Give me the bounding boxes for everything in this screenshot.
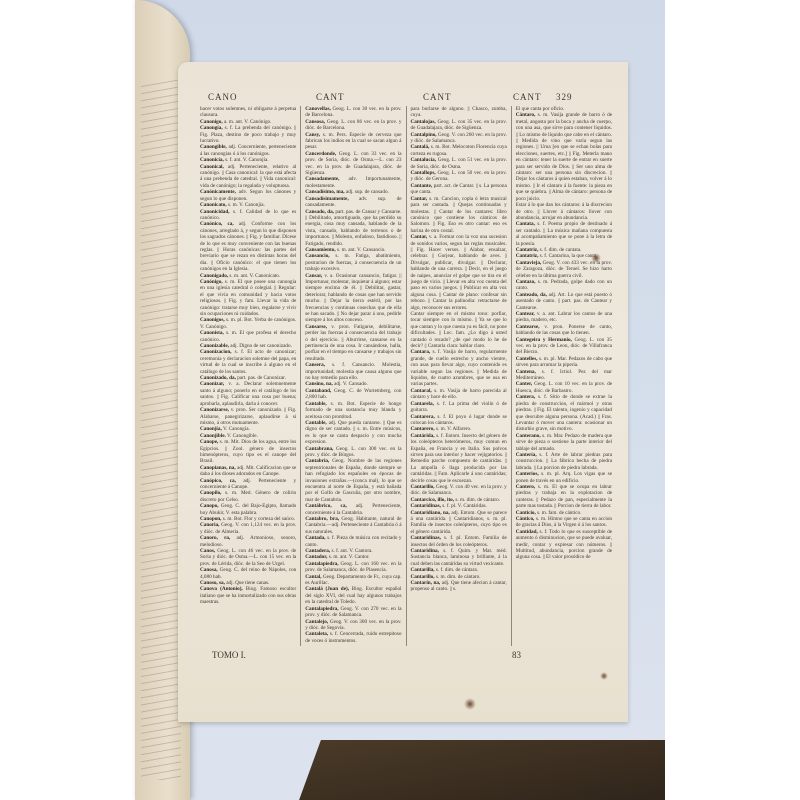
dictionary-entry: Cansar, v. a. Ocasionar cansancio, fatig…: [305, 273, 401, 324]
entry-headword: Cantarera,: [411, 414, 435, 420]
entry-headword: Canosa,: [200, 567, 218, 573]
entry-headword: Canticio,: [516, 510, 536, 516]
dictionary-entry: Canos, Geog. L. con 46 vec. en la prov. …: [200, 548, 296, 567]
dictionary-entry: Cantegeira y Hermanio, Geog. L. con 35 v…: [516, 337, 612, 356]
entry-headword: Cantatriz,: [516, 253, 539, 259]
entry-headword: Cansamiento,: [305, 247, 335, 253]
entry-headword: Canova (Antonio),: [200, 586, 243, 592]
entry-headword: Canonigos,: [200, 317, 225, 323]
entry-headword: Cantaband,: [305, 388, 331, 394]
dictionary-entry: Canonicidad, s. f. Calidad de lo que es …: [200, 209, 296, 222]
entry-headword: Cansado, da,: [305, 209, 334, 215]
dictionary-entry: Cantara, s. f. Vasija de barro, regularm…: [411, 349, 507, 387]
dictionary-entry: Cansarse, v. pron. Fatigarse, debilitars…: [305, 324, 401, 362]
entry-headword: Cantearse,: [516, 324, 540, 330]
entry-definition: s. f. Cantarina, la que canta.: [540, 253, 598, 259]
entry-definition: V. Canongible.: [227, 433, 258, 439]
entry-headword: Cantalojas,: [411, 119, 436, 125]
entry-headword: Canopon,: [200, 516, 221, 522]
dictionary-entry: Cantería, s. f. Arte de labrar piedras p…: [516, 452, 612, 471]
dictionary-entry: Cansera, s. f. Cansancio. Molestia, impo…: [305, 362, 401, 381]
entry-headword: Canonizarse,: [200, 407, 229, 413]
dictionary-entry: Canterios, s. m. pl. Arq. Los vigas que …: [516, 471, 612, 484]
column-2: Canovellas, Geog. L. con 30 vec. en la p…: [301, 106, 406, 646]
entry-definition: El que canta por oficio.: [516, 106, 565, 112]
entry-headword: Cantada,: [305, 535, 325, 541]
entry-headword: Canoria,: [200, 522, 219, 528]
entry-definition: s. m. fam. de cántico.: [537, 510, 581, 516]
dictionary-entry: Cantalá, s. m. Bot. Melocoton Florencia …: [411, 144, 507, 157]
entry-definition: para burlarse de alguno. || Chasco, zumb…: [411, 106, 507, 118]
entry-definition: Geog. Nombre de las regiones septentrion…: [305, 458, 401, 502]
entry-headword: Cántaro,: [516, 112, 536, 118]
entry-headword: Cantable,: [305, 420, 326, 426]
dictionary-entry: Canteado, da, adj. Art. Lo que está pues…: [516, 292, 612, 311]
dictionary-entry: Cantena, s. f. Ictiol. Pez del mar Medit…: [516, 369, 612, 382]
dictionary-entry: Cantaridinas, s. f. pl. Entom. Familia d…: [411, 535, 507, 548]
entry-definition: Estar á lo que dan los cántaros: á la di…: [516, 202, 612, 221]
dictionary-entry: Cantarillo, Geog. V. con 40 vec. en la p…: [411, 484, 507, 497]
running-head: CANO CANT CANT CANT 329: [178, 92, 628, 106]
dictionary-columns: hacer votos solemnes, ni obligarse á per…: [196, 106, 616, 646]
dictionary-entry: Cantarela, s. f. La prima del violin ó d…: [411, 401, 507, 414]
entry-headword: Canter,: [516, 381, 532, 387]
dictionary-entry: Cantera, s. f. Sitio de donde se extrae …: [516, 394, 612, 432]
dictionary-entry: Cantar, s. m. Cancion, copla ó letra mus…: [411, 196, 507, 234]
entry-definition: s. m. V. Canonjía.: [228, 202, 265, 208]
dictionary-entry: Cantalpino, Geog. V. con 260 vec. en la …: [411, 132, 507, 145]
dictionary-entry: Cantada, s. f. Pieza de música con recit…: [305, 535, 401, 548]
entry-headword: Cansadísimo, ma,: [305, 189, 344, 195]
entry-headword: Cansar,: [305, 273, 322, 279]
entry-headword: Cancerdonde,: [305, 151, 336, 157]
dictionary-entry: Canonizacion, s. f. El acto de canonizar…: [200, 349, 296, 375]
entry-headword: Cantara,: [411, 349, 431, 355]
dictionary-entry: Canovellas, Geog. L. con 30 vec. en la p…: [305, 106, 401, 119]
entry-headword: Cantábrico, ca,: [305, 503, 347, 509]
entry-headword: Cantalapiedra,: [305, 561, 338, 567]
entry-definition: hacer votos solemnes, ni obligarse á per…: [200, 106, 296, 118]
entry-headword: Canopilo,: [200, 490, 221, 496]
dictionary-entry: Cantable, s. m. Bot. Especie de hongo fo…: [305, 401, 401, 420]
entry-headword: Cantear,: [516, 311, 535, 317]
dictionary-entry: Canoro, ra, adj. Armonioso, sonoro, melo…: [200, 535, 296, 548]
entry-definition: s. m. ant. V. Canonicato.: [229, 273, 280, 279]
entry-headword: Cantarillo,: [411, 484, 435, 490]
dictionary-entry: Cantallops, Geog. L. con 50 vec. en la p…: [411, 170, 507, 183]
dictionary-entry: Cantaridiano, na, adj. Entom. Que se par…: [411, 510, 507, 536]
dictionary-entry: Cantazo, s. m. Pedrada, golpe dado con u…: [516, 279, 612, 292]
dictionary-entry: hacer votos solemnes, ni obligarse á per…: [200, 106, 296, 119]
dictionary-entry: Cancerdonde, Geog. L. con 33 vec. en la …: [305, 151, 401, 177]
entry-headword: Cantabro, bra,: [305, 516, 339, 522]
dictionary-entry: Cantaridina, s. f. Quím. y Mat. méd. Sus…: [411, 548, 507, 567]
dictionary-entry: Cantar, v. a. Formar con la voz una suce…: [411, 234, 507, 311]
entry-headword: Cantena,: [516, 369, 536, 375]
dictionary-entry: Cántaro, s. m. Vasija grande de barro ó …: [516, 112, 612, 202]
dictionary-entry: Cansy, s. m. Pers. Especie de cerveza qu…: [305, 132, 401, 151]
entry-headword: Canope,: [200, 439, 218, 445]
dictionary-entry: Canónico, ca, adj. Conforme con los cáno…: [200, 221, 296, 272]
entry-headword: Cantalpino,: [411, 132, 437, 138]
entry-headword: Canonicato,: [200, 202, 227, 208]
entry-headword: Cantabria,: [305, 458, 329, 464]
dictionary-entry: Cantal, Geog. Departamento de Fr., cuya …: [305, 574, 401, 587]
running-head-1: CANO: [208, 92, 238, 102]
entry-definition: s. f. pl. V. Cantáridas.: [442, 503, 487, 509]
entry-headword: Cantalá,: [411, 144, 430, 150]
dictionary-entry: Cantable, adj. Que pueda cantarse. || Qu…: [305, 420, 401, 446]
dictionary-entry: Canosa, Geog. C. del reino de Nápoles, c…: [200, 567, 296, 580]
entry-headword: Canopo,: [200, 503, 219, 509]
book-cover-bottom: [299, 740, 665, 800]
entry-headword: Cansadísimamente,: [305, 196, 348, 202]
entry-headword: Canonjible.: [200, 433, 226, 439]
entry-definition: s. m. ant. V. Cansancio.: [337, 247, 386, 253]
dictionary-entry: Canónicamente, adv. Segun los cánones y …: [200, 189, 296, 202]
entry-definition: s. m. Pers. Especie de cerveza que fabri…: [305, 132, 401, 151]
entry-headword: Canovellas,: [305, 106, 331, 112]
dictionary-entry: Canopo, Geog. C. del Bajo-Egipto, llamad…: [200, 503, 296, 516]
entry-headword: Cantar,: [411, 196, 428, 202]
dictionary-entry: Canónigo, s. m. El que posee una canongí…: [200, 279, 296, 317]
dictionary-entry: Cantar siempre en el mismo tono: porfiar…: [411, 311, 507, 349]
dictionary-entry: Cantaral, s. m. Vasija de barro parecida…: [411, 388, 507, 401]
entry-definition: v. a. Ocasionar cansancio, fatigar. || I…: [305, 273, 401, 324]
foxing-stain: [600, 672, 608, 680]
dictionary-entry: Cantalá (Juan de), Biog. Escultor españo…: [305, 586, 401, 605]
dictionary-entry: para burlarse de alguno. || Chasco, zumb…: [411, 106, 507, 119]
entry-headword: Cantalá (Juan de),: [305, 586, 349, 592]
entry-headword: Canónico, ca,: [200, 221, 234, 227]
entry-definition: v. pron. Fatigarse, debilitarse, perder …: [305, 324, 401, 362]
entry-headword: Canonigo,: [200, 119, 223, 125]
entry-headword: Canopianas, na,: [200, 465, 236, 471]
entry-headword: Cantarela,: [411, 401, 434, 407]
entry-headword: Cantable,: [305, 401, 326, 407]
dictionary-entry: Cantárida, s. f. Entom. Insecto del géne…: [411, 433, 507, 484]
dictionary-entry: Cantelles, s. m. pl. Mar. Pedazos de cab…: [516, 356, 612, 369]
entry-headword: Canonizacion,: [200, 349, 232, 355]
entry-headword: Cantárida,: [411, 433, 435, 439]
dictionary-entry: Canópico, ca, adj. Perteneciente y conce…: [200, 478, 296, 491]
dictionary-entry: Canope, s. m. Mit. Dios de los agua, ent…: [200, 439, 296, 465]
entry-headword: Cantaleta,: [305, 631, 328, 637]
entry-definition: adj. Conforme con los cánones, arreglado…: [200, 221, 296, 272]
page-number: 329: [556, 92, 573, 102]
dictionary-entry: Cántico, s. m. Himno que se canta en acc…: [516, 516, 612, 529]
entry-definition: s. m. ant. V. Cantor.: [329, 554, 370, 560]
entry-headword: Canonista,: [200, 330, 224, 336]
foxing-stain: [591, 253, 601, 263]
entry-definition: V. Canongía.: [223, 426, 250, 432]
dictionary-entry: Cantalojas, Geog. L. con 35 vec. en la p…: [411, 119, 507, 132]
entry-definition: s. f. ant. V. Canonjía.: [225, 157, 268, 163]
entry-headword: Cansy,: [305, 132, 320, 138]
entry-headword: Cantarero,: [411, 426, 435, 432]
entry-headword: Cantaridinas,: [411, 503, 441, 509]
entry-definition: s. m. Cancion, copla ó letra musical par…: [411, 196, 507, 234]
dictionary-entry: Canonizarse, v. pron. Ser canonizado. ||…: [200, 407, 296, 426]
entry-definition: s. f. Entom. Insecto del género de los c…: [411, 433, 507, 484]
dictionary-entry: Canonizar, v. a. Declarar solemnemente s…: [200, 381, 296, 407]
entry-headword: Cantador,: [305, 554, 327, 560]
volume-label: TOMO I.: [212, 650, 246, 660]
entry-definition: v. a. Formar con la voz una sucesion de …: [411, 234, 507, 310]
entry-definition: Cantar siempre en el mismo tono: porfiar…: [411, 311, 507, 349]
dictionary-entry: Cantaleta, s. f. Cencerrada, ruido estre…: [305, 631, 401, 644]
entry-headword: Canónigo,: [200, 279, 223, 285]
entry-headword: Cántico,: [516, 516, 535, 522]
entry-headword: Cansancio,: [305, 253, 329, 259]
running-head-2: CANT: [316, 92, 345, 102]
entry-headword: Cantaral,: [411, 388, 432, 394]
entry-definition: s. m. dim. de cántaro.: [455, 497, 500, 503]
dictionary-entry: Cantalucía, Geog. L. con 51 vec. en la p…: [411, 157, 507, 170]
dictionary-entry: Cantata, s. f. Poema propio de destinado…: [516, 221, 612, 247]
entry-headword: Cantaridinas,: [411, 535, 441, 541]
entry-headword: Cantavieja,: [516, 260, 542, 266]
entry-headword: Cantante,: [411, 183, 433, 189]
dictionary-entry: Canova (Antonio), Biog. Famoso escultor …: [200, 586, 296, 605]
dictionary-entry: Canonical, adj. Perteneciente, relativo …: [200, 164, 296, 190]
entry-headword: Canónicamente,: [200, 189, 236, 195]
dictionary-entry: Cantabrana, Geog. L. con 300 vec. en la …: [305, 446, 401, 459]
dictionary-entry: Canongía, s. f. La prebenda del canónigo…: [200, 125, 296, 144]
entry-headword: Cansosa,: [305, 119, 325, 125]
dictionary-entry: Cansadísimamente, adv. sup. de cansadame…: [305, 196, 401, 209]
entry-definition: s. m. Vasija grande de barro ó de metal,…: [516, 112, 612, 201]
dictionary-entry: Cansado, da, part. pas. de Cansar y Cans…: [305, 209, 401, 247]
dictionary-entry: Canterano, s. m. Mar. Pedazo de madera q…: [516, 433, 612, 452]
dictionary-entry: Canopianas, na, adj. Mit. Calificacion q…: [200, 465, 296, 478]
entry-definition: a. m. ant. V. Canónigo.: [224, 119, 272, 125]
entry-definition: s. f. ant. V. Cantora.: [331, 548, 372, 554]
dictionary-page: CANO CANT CANT CANT 329 hacer votos sole…: [178, 62, 628, 722]
entry-headword: Cantero,: [516, 484, 535, 490]
dictionary-entry: Estar á lo que dan los cántaros: á la di…: [516, 202, 612, 221]
curled-page-text: [141, 80, 181, 780]
dictionary-entry: Canonista, s. m. El que profesa el derec…: [200, 330, 296, 343]
entry-headword: Cantar,: [411, 234, 428, 240]
running-head-4: CANT: [513, 92, 542, 102]
entry-definition: s. f. Sitio de donde se extrae la piedra…: [516, 394, 612, 432]
entry-definition: s. f. dim. de cántara.: [436, 567, 478, 573]
dictionary-entry: Cantalapiedra, Geog. V. con 270 vec. en …: [305, 606, 401, 619]
dictionary-entry: Canopilo, s. m. Med. Género de colirio d…: [200, 490, 296, 503]
entry-headword: Canterano,: [516, 433, 541, 439]
dictionary-entry: Canter, Geog. L. con 10 vec. en la prov.…: [516, 381, 612, 394]
entry-definition: Geog. L. con 46 vec. en la prov. de Sori…: [200, 548, 296, 567]
entry-headword: Cantaridina,: [411, 548, 439, 554]
dictionary-entry: Cantalapiedra, Geog. L. con 160 vec. en …: [305, 561, 401, 574]
dictionary-entry: Cansadamente, adv. Importunamente, moles…: [305, 176, 401, 189]
entry-definition: s. m. Bot. Flor y corteza del saúco.: [223, 516, 295, 522]
entry-headword: Canonical,: [200, 164, 224, 170]
entry-headword: Cantalejo,: [305, 619, 328, 625]
entry-headword: Cantal,: [305, 574, 321, 580]
dictionary-entry: Cantabria, Geog. Nombre de las regiones …: [305, 458, 401, 503]
entry-headword: Cantallops,: [411, 170, 436, 176]
entry-definition: adj. V. Cansado.: [334, 381, 368, 387]
entry-definition: s. m. dim. de cántaro.: [436, 574, 481, 580]
dictionary-entry: Cansosa, Geog. L. con 86 vec. en la prov…: [305, 119, 401, 132]
entry-headword: Canoro, ra,: [200, 535, 230, 541]
entry-headword: Cantarilla,: [411, 567, 435, 573]
entry-headword: Canongible,: [200, 144, 227, 150]
entry-headword: Canópico, ca,: [200, 478, 236, 484]
dictionary-entry: Cantarera, s. f. El poyo ó lugar donde s…: [411, 414, 507, 427]
dictionary-entry: Cantante, part. act. de Cantar. || s. La…: [411, 183, 507, 196]
dictionary-entry: Cantaband, Geog. C. de Wurtemberg, con 2…: [305, 388, 401, 401]
dictionary-entry: Cansancio, s. m. Fatiga, abatimiento, po…: [305, 253, 401, 272]
entry-definition: s. f. Vasija de barro, regularmente gran…: [411, 349, 507, 387]
dictionary-entry: Cantidad, s. f. Todo lo que es susceptib…: [516, 529, 612, 561]
entry-headword: Canonicidad,: [200, 209, 230, 215]
entry-headword: Cantarillo,: [411, 574, 435, 580]
dictionary-entry: Cantalejo, Geog. V. con 300 vec. en la p…: [305, 619, 401, 632]
entry-headword: Cantaridiano, na,: [411, 510, 450, 516]
entry-definition: part. pas. de Cansar y Cansarse. || Debi…: [305, 209, 401, 247]
entry-headword: Canonizar,: [200, 381, 224, 387]
entry-headword: Cantera,: [516, 394, 535, 400]
running-head-3: CANT: [423, 92, 452, 102]
dictionary-entry: Cantero, s. m. El que se ocupa en labrar…: [516, 484, 612, 510]
entry-headword: Cantabrana,: [305, 446, 333, 452]
entry-headword: Canonicía,: [200, 157, 224, 163]
foxing-stain: [464, 698, 476, 710]
entry-definition: part. pas. de Canonizar.: [237, 375, 286, 381]
dictionary-entry: Cantear, v. a. ant. Labrar los cantos de…: [516, 311, 612, 324]
entry-headword: Cansera,: [305, 362, 325, 368]
entry-headword: Cantidad,: [516, 529, 538, 535]
dictionary-entry: Cantabro, bra, Geog. Habitante, natural …: [305, 516, 401, 535]
entry-headword: Canonizado, da,: [200, 375, 236, 381]
dictionary-entry: Cantábrico, ca, adj. Perteneciente, conc…: [305, 503, 401, 516]
entry-headword: Cantelles,: [516, 356, 538, 362]
entry-definition: s. m. V. Alfarero.: [436, 426, 471, 432]
entry-headword: Cansadamente,: [305, 176, 339, 182]
entry-headword: Canteado, da,: [516, 292, 547, 298]
entry-headword: Cantalapiedra,: [305, 606, 338, 612]
entry-headword: Cantegeira y Hermanio,: [516, 337, 572, 343]
column-3: para burlarse de alguno. || Chasco, zumb…: [407, 106, 512, 646]
entry-headword: Cantazo,: [516, 279, 536, 285]
column-4: El que canta por oficio.Cántaro, s. m. V…: [512, 106, 616, 646]
entry-headword: Cantarcico, illo, ito,: [411, 497, 455, 503]
dictionary-entry: Canoria, Geog. V. con 1,124 vec. en la p…: [200, 522, 296, 535]
entry-headword: Cansarse,: [305, 324, 327, 330]
entry-headword: Canonjía,: [200, 426, 222, 432]
dictionary-entry: Canongible, adj. Concerniente, perteneci…: [200, 144, 296, 157]
entry-headword: Canterios,: [516, 471, 539, 477]
entry-definition: adj. sup. de cansado.: [346, 189, 389, 195]
entry-headword: Canos,: [200, 548, 215, 554]
entry-headword: Cantata,: [516, 221, 535, 227]
entry-headword: Canonigado,: [200, 273, 228, 279]
column-1: hacer votos solemnes, ni obligarse á per…: [196, 106, 301, 646]
entry-headword: Cantalucía,: [411, 157, 437, 163]
dictionary-entry: Cantearse, v. pron. Ponerse de canto, ha…: [516, 324, 612, 337]
entry-headword: Canongía,: [200, 125, 223, 131]
entry-headword: Cantadera,: [305, 548, 330, 554]
dictionary-entry: Canonigos, s. m. pl. Bot. Yerba de canón…: [200, 317, 296, 330]
entry-definition: s. m. El que posee una canongía en una i…: [200, 279, 296, 317]
entry-headword: Cansino, na,: [305, 381, 333, 387]
dictionary-entry: Cantarín, na, adj. Que tiene afecion á c…: [411, 580, 507, 593]
signature-mark: 83: [512, 650, 521, 660]
entry-headword: Cantarín, na,: [411, 580, 441, 586]
